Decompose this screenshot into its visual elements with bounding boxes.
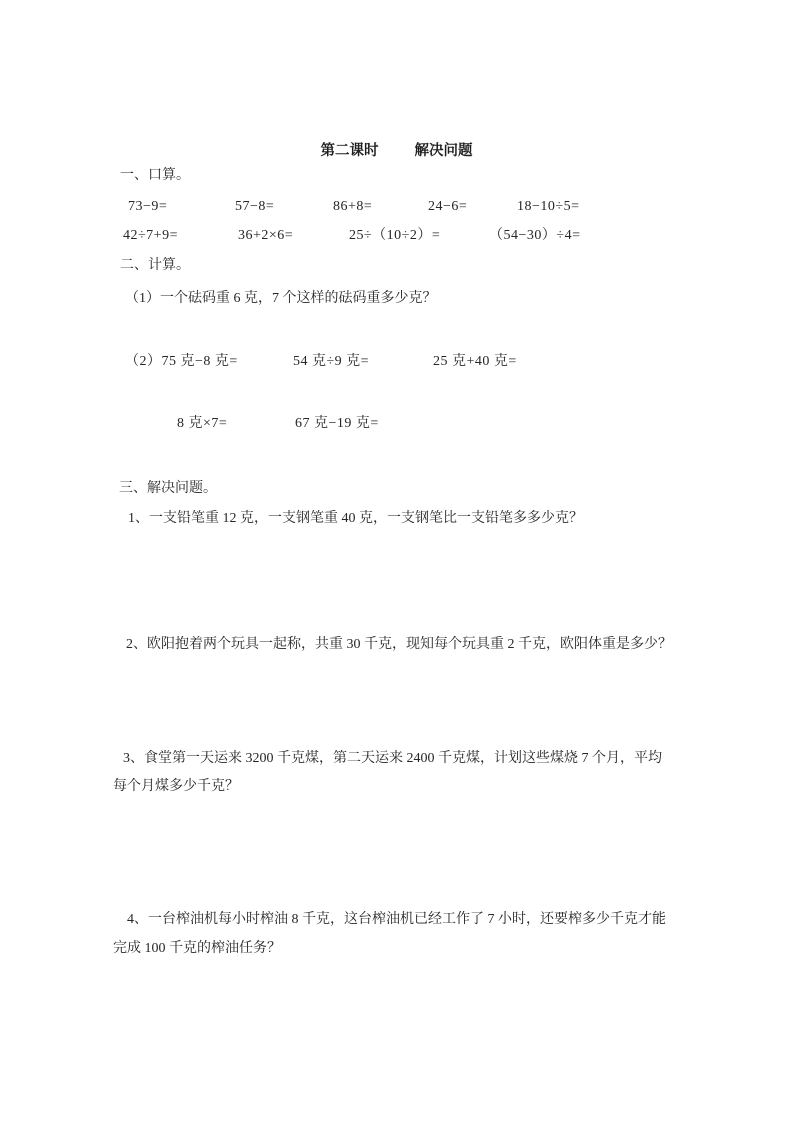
- page-title: 第二课时 解决问题: [0, 139, 793, 160]
- calc-question-1: （1）一个砝码重 6 克，7 个这样的砝码重多少克？: [125, 290, 437, 307]
- word-problem-1: 1、一支铅笔重 12 克，一支钢笔重 40 克，一支钢笔比一支铅笔多多少克？: [128, 510, 583, 527]
- oral-calc-equation: 25÷（10÷2）=: [349, 227, 440, 244]
- calc-equation: 8 克×7=: [177, 415, 227, 432]
- word-problem-4-line1: 4、一台榨油机每小时榨油 8 千克，这台榨油机已经工作了 7 小时，还要榨多少千…: [127, 911, 666, 928]
- section3-heading: 三、解决问题。: [119, 480, 217, 497]
- oral-calc-equation: 57−8=: [235, 198, 274, 215]
- calc-equation: 67 克−19 克=: [295, 415, 379, 432]
- word-problem-3-line1: 3、食堂第一天运来 3200 千克煤，第二天运来 2400 千克煤，计划这些煤烧…: [123, 750, 662, 767]
- worksheet-page: 第二课时 解决问题 一、口算。 73−9= 57−8= 86+8= 24−6= …: [0, 0, 793, 1122]
- section2-heading: 二、计算。: [120, 257, 190, 274]
- word-problem-3-line2: 每个月煤多少千克？: [113, 778, 239, 795]
- oral-calc-equation: （54−30）÷4=: [489, 227, 580, 244]
- oral-calc-equation: 73−9=: [128, 198, 167, 215]
- word-problem-4-line2: 完成 100 千克的榨油任务？: [113, 940, 281, 957]
- calc-equation: 25 克+40 克=: [433, 353, 517, 370]
- oral-calc-equation: 18−10÷5=: [517, 198, 579, 215]
- oral-calc-equation: 86+8=: [333, 198, 372, 215]
- title-lesson-label: 第二课时: [321, 139, 379, 160]
- section1-heading: 一、口算。: [120, 167, 190, 184]
- calc-equation: （2）75 克−8 克=: [125, 353, 238, 370]
- word-problem-2: 2、欧阳抱着两个玩具一起称，共重 30 千克，现知每个玩具重 2 千克，欧阳体重…: [126, 636, 672, 653]
- title-topic-label: 解决问题: [415, 139, 473, 160]
- oral-calc-equation: 42÷7+9=: [123, 227, 178, 244]
- oral-calc-equation: 24−6=: [428, 198, 467, 215]
- calc-equation: 54 克÷9 克=: [293, 353, 369, 370]
- oral-calc-equation: 36+2×6=: [238, 227, 293, 244]
